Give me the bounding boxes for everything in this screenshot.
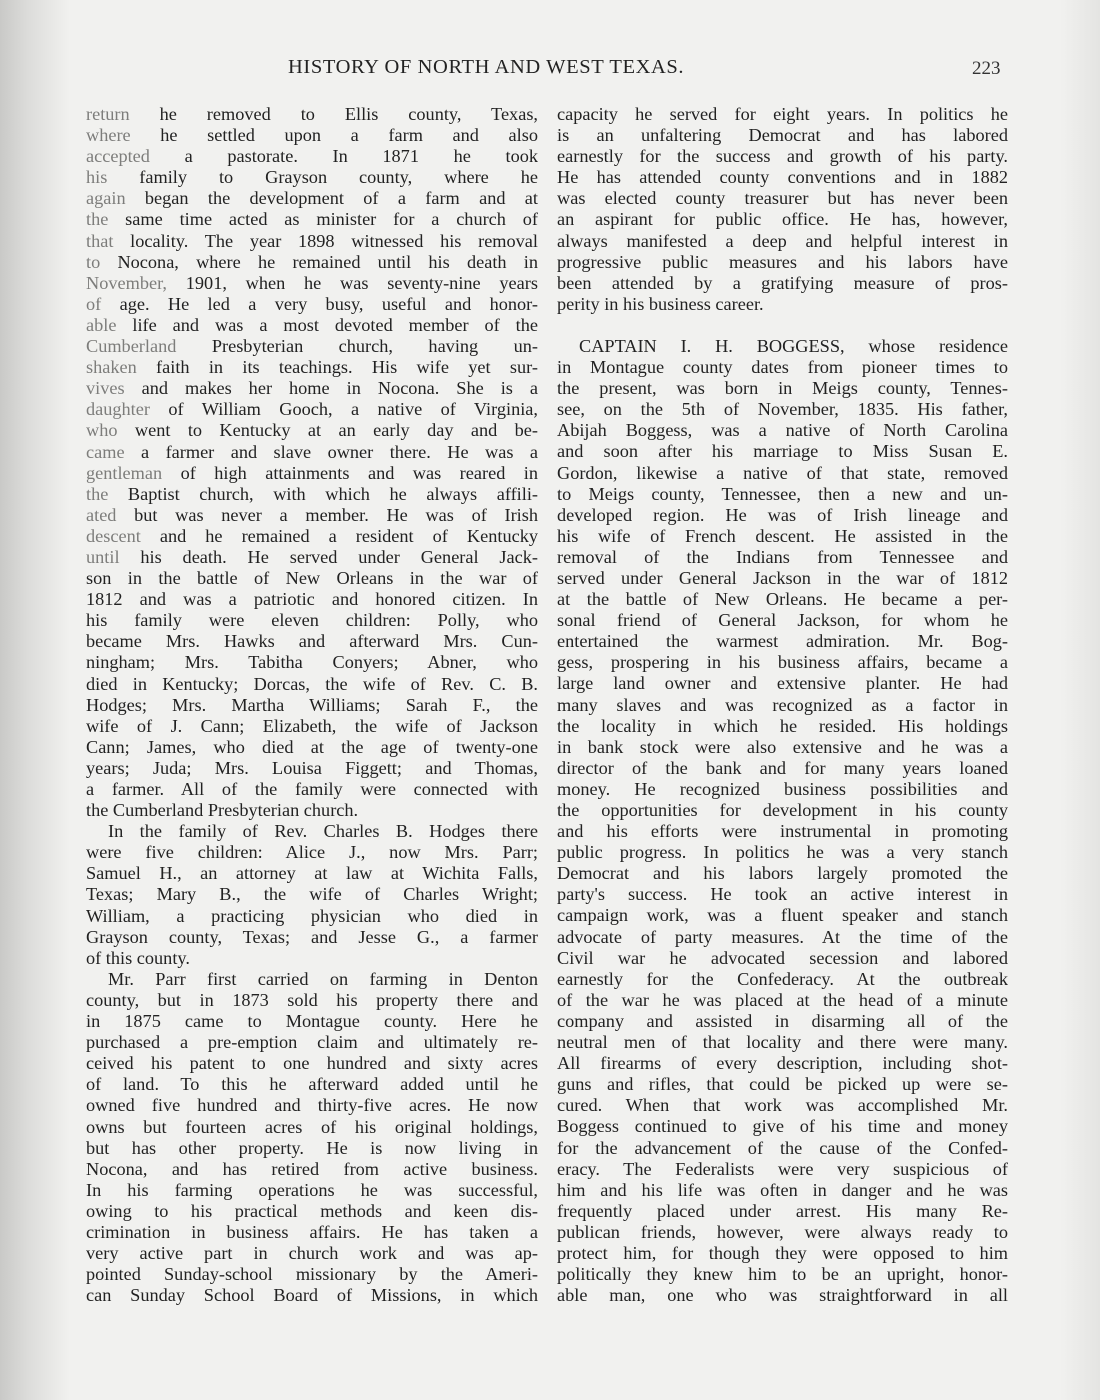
text-line: 1812 and was a patriotic and honored cit… bbox=[86, 589, 538, 610]
text-line: but has other property. He is now living… bbox=[86, 1138, 538, 1159]
text-line: advocate of party measures. At the time … bbox=[557, 927, 1008, 948]
text-line: Texas; Mary B., the wife of Charles Wrig… bbox=[86, 884, 538, 905]
text-line: see, on the 5th of November, 1835. His f… bbox=[557, 399, 1008, 420]
text-line: able man, one who was straightforward in… bbox=[557, 1285, 1008, 1306]
text-line: ceived his patent to one hundred and six… bbox=[86, 1053, 538, 1074]
faded-word: Cumberland bbox=[86, 336, 176, 356]
text-line: vives and makes her home in Nocona. She … bbox=[86, 378, 538, 399]
text-line: William, a practicing physician who died… bbox=[86, 906, 538, 927]
text-line: to Nocona, where he remained until his d… bbox=[86, 252, 538, 273]
text-line: eracy. The Federalists were very suspici… bbox=[557, 1159, 1008, 1180]
faded-word: ated bbox=[86, 505, 116, 525]
faded-word: vives bbox=[86, 378, 125, 398]
right-column: capacity he served for eight years. In p… bbox=[557, 104, 1008, 1306]
text-line: Abijah Boggess, was a native of North Ca… bbox=[557, 420, 1008, 441]
text-line: Boggess continued to give of his time an… bbox=[557, 1116, 1008, 1137]
text-line: frequently placed under arrest. His many… bbox=[557, 1201, 1008, 1222]
text-line: in bank stock were also extensive and he… bbox=[557, 737, 1008, 758]
text-line: capacity he served for eight years. In p… bbox=[557, 104, 1008, 125]
text-line: can Sunday School Board of Missions, in … bbox=[86, 1285, 538, 1306]
text-line: politically they knew him to be an uprig… bbox=[557, 1264, 1008, 1285]
text-line: wife of J. Cann; Elizabeth, the wife of … bbox=[86, 716, 538, 737]
text-line: Nocona, and has retired from active busi… bbox=[86, 1159, 538, 1180]
faded-word: daughter bbox=[86, 399, 150, 419]
faded-word: descent bbox=[86, 526, 141, 546]
text-line: protect him, for though they were oppose… bbox=[557, 1243, 1008, 1264]
text-line: earnestly for the success and growth of … bbox=[557, 146, 1008, 167]
page-gutter-shadow bbox=[0, 0, 70, 1400]
text-line: perity in his business career. bbox=[557, 294, 1008, 315]
paragraph-gap bbox=[557, 315, 1008, 336]
text-line: years; Juda; Mrs. Louisa Figgett; and Th… bbox=[86, 758, 538, 779]
text-line: of the war he was placed at the head of … bbox=[557, 990, 1008, 1011]
text-line: He has attended county conventions and i… bbox=[557, 167, 1008, 188]
faded-word: came bbox=[86, 442, 125, 462]
text-line: owns but fourteen acres of his original … bbox=[86, 1117, 538, 1138]
text-line: him and his life was often in danger and… bbox=[557, 1180, 1008, 1201]
text-line: came a farmer and slave owner there. He … bbox=[86, 442, 538, 463]
text-line: pointed Sunday-school missionary by the … bbox=[86, 1264, 538, 1285]
paragraph: In the family of Rev. Charles B. Hodges … bbox=[86, 821, 538, 969]
faded-word: who bbox=[86, 420, 117, 440]
faded-word: until bbox=[86, 547, 120, 567]
faded-word: November, bbox=[86, 273, 167, 293]
text-line: director of the bank and for many years … bbox=[557, 758, 1008, 779]
text-line: that locality. The year 1898 witnessed h… bbox=[86, 231, 538, 252]
text-line: who went to Kentucky at an early day and… bbox=[86, 420, 538, 441]
text-line: Democrat and his labors largely promoted… bbox=[557, 863, 1008, 884]
text-line: became Mrs. Hawks and afterward Mrs. Cun… bbox=[86, 631, 538, 652]
text-line: at the battle of New Orleans. He became … bbox=[557, 589, 1008, 610]
text-line: entertained the warmest admiration. Mr. … bbox=[557, 631, 1008, 652]
text-line: In his farming operations he was success… bbox=[86, 1180, 538, 1201]
text-line: company and assisted in disarming all of… bbox=[557, 1011, 1008, 1032]
text-line: ated but was never a member. He was of I… bbox=[86, 505, 538, 526]
text-line: is an unfaltering Democrat and has labor… bbox=[557, 125, 1008, 146]
text-line: purchased a pre-emption claim and ultima… bbox=[86, 1032, 538, 1053]
text-line: earnestly for the Confederacy. At the ou… bbox=[557, 969, 1008, 990]
text-line: In the family of Rev. Charles B. Hodges … bbox=[86, 821, 538, 842]
paragraph: Mr. Parr first carried on farming in Den… bbox=[86, 969, 538, 1307]
text-line: an aspirant for public office. He has, h… bbox=[557, 209, 1008, 230]
text-line: and soon after his marriage to Miss Susa… bbox=[557, 441, 1008, 462]
text-line: Cann; James, who died at the age of twen… bbox=[86, 737, 538, 758]
text-line: shaken faith in its teachings. His wife … bbox=[86, 357, 538, 378]
paragraph: CAPTAIN I. H. BOGGESS, whose residencein… bbox=[557, 336, 1008, 1306]
text-line: CAPTAIN I. H. BOGGESS, whose residence bbox=[557, 336, 1008, 357]
text-line: county, but in 1873 sold his property th… bbox=[86, 990, 538, 1011]
text-line: money. He recognized business possibilit… bbox=[557, 779, 1008, 800]
faded-word: his bbox=[86, 167, 107, 187]
text-line: was elected county treasurer but has nev… bbox=[557, 188, 1008, 209]
faded-word: the bbox=[86, 484, 108, 504]
text-line: of age. He led a very busy, useful and h… bbox=[86, 294, 538, 315]
text-line: Hodges; Mrs. Martha Williams; Sarah F., … bbox=[86, 695, 538, 716]
running-title: HISTORY OF NORTH AND WEST TEXAS. bbox=[288, 56, 684, 79]
faded-word: able bbox=[86, 315, 116, 335]
text-line: son in the battle of New Orleans in the … bbox=[86, 568, 538, 589]
faded-word: shaken bbox=[86, 357, 137, 377]
text-line: cured. When that work was accomplished M… bbox=[557, 1095, 1008, 1116]
text-line: of this county. bbox=[86, 948, 538, 969]
page-edge-shadow bbox=[1060, 0, 1100, 1400]
text-line: his family to Grayson county, where he bbox=[86, 167, 538, 188]
text-line: his family were eleven children: Polly, … bbox=[86, 610, 538, 631]
text-line: neutral men of that locality and there w… bbox=[557, 1032, 1008, 1053]
text-line: many slaves and was recognized as a fact… bbox=[557, 695, 1008, 716]
text-line: Gordon, likewise a native of that state,… bbox=[557, 463, 1008, 484]
text-line: always manifested a deep and helpful int… bbox=[557, 231, 1008, 252]
text-line: where he settled upon a farm and also bbox=[86, 125, 538, 146]
text-line: the same time acted as minister for a ch… bbox=[86, 209, 538, 230]
text-line: very active part in church work and was … bbox=[86, 1243, 538, 1264]
text-line: died in Kentucky; Dorcas, the wife of Re… bbox=[86, 674, 538, 695]
text-line: crimination in business affairs. He has … bbox=[86, 1222, 538, 1243]
text-line: party's success. He took an active inter… bbox=[557, 884, 1008, 905]
running-head: HISTORY OF NORTH AND WEST TEXAS. 223 bbox=[0, 56, 1100, 86]
text-line: large land owner and extensive planter. … bbox=[557, 673, 1008, 694]
text-line: campaign work, was a fluent speaker and … bbox=[557, 905, 1008, 926]
text-line: a farmer. All of the family were connect… bbox=[86, 779, 538, 800]
text-line: the Baptist church, with which he always… bbox=[86, 484, 538, 505]
faded-word: to bbox=[86, 252, 100, 272]
page-number: 223 bbox=[972, 58, 1001, 80]
text-line: again began the development of a farm an… bbox=[86, 188, 538, 209]
text-line: to Meigs county, Tennessee, then a new a… bbox=[557, 484, 1008, 505]
text-line: the present, was born in Meigs county, T… bbox=[557, 378, 1008, 399]
faded-word: that bbox=[86, 231, 113, 251]
text-line: the opportunities for development in his… bbox=[557, 800, 1008, 821]
text-line: for the advancement of the cause of the … bbox=[557, 1138, 1008, 1159]
text-line: of land. To this he afterward added unti… bbox=[86, 1074, 538, 1095]
text-line: owned five hundred and thirty-five acres… bbox=[86, 1095, 538, 1116]
text-line: Grayson county, Texas; and Jesse G., a f… bbox=[86, 927, 538, 948]
text-line: owing to his practical methods and keen … bbox=[86, 1201, 538, 1222]
text-line: All firearms of every description, inclu… bbox=[557, 1053, 1008, 1074]
text-line: gess, prospering in his business affairs… bbox=[557, 652, 1008, 673]
faded-word: again bbox=[86, 188, 126, 208]
text-line: the Cumberland Presbyterian church. bbox=[86, 800, 538, 821]
text-line: guns and rifles, that could be picked up… bbox=[557, 1074, 1008, 1095]
text-line: ningham; Mrs. Tabitha Conyers; Abner, wh… bbox=[86, 652, 538, 673]
text-line: were five children: Alice J., now Mrs. P… bbox=[86, 842, 538, 863]
text-line: in 1875 came to Montague county. Here he bbox=[86, 1011, 538, 1032]
text-line: Civil war he advocated secession and lab… bbox=[557, 948, 1008, 969]
faded-word: where bbox=[86, 125, 131, 145]
text-line: progressive public measures and his labo… bbox=[557, 252, 1008, 273]
text-line: in Montague county dates from pioneer ti… bbox=[557, 357, 1008, 378]
text-line: served under General Jackson in the war … bbox=[557, 568, 1008, 589]
text-line: November, 1901, when he was seventy-nine… bbox=[86, 273, 538, 294]
text-line: descent and he remained a resident of Ke… bbox=[86, 526, 538, 547]
faded-word: accepted bbox=[86, 146, 150, 166]
text-line: until his death. He served under General… bbox=[86, 547, 538, 568]
text-line: daughter of William Gooch, a native of V… bbox=[86, 399, 538, 420]
text-line: Mr. Parr first carried on farming in Den… bbox=[86, 969, 538, 990]
text-line: return he removed to Ellis county, Texas… bbox=[86, 104, 538, 125]
faded-word: return bbox=[86, 104, 130, 124]
text-line: gentleman of high attainments and was re… bbox=[86, 463, 538, 484]
text-line: public progress. In politics he was a ve… bbox=[557, 842, 1008, 863]
faded-word: the bbox=[86, 209, 108, 229]
paragraph: capacity he served for eight years. In p… bbox=[557, 104, 1008, 315]
text-line: able life and was a most devoted member … bbox=[86, 315, 538, 336]
text-line: accepted a pastorate. In 1871 he took bbox=[86, 146, 538, 167]
faded-word: of bbox=[86, 294, 101, 314]
text-line: Cumberland Presbyterian church, having u… bbox=[86, 336, 538, 357]
text-line: publican friends, however, were always r… bbox=[557, 1222, 1008, 1243]
text-line: Samuel H., an attorney at law at Wichita… bbox=[86, 863, 538, 884]
text-line: been attended by a gratifying measure of… bbox=[557, 273, 1008, 294]
faded-word: gentleman bbox=[86, 463, 162, 483]
paragraph: return he removed to Ellis county, Texas… bbox=[86, 104, 538, 821]
left-column: return he removed to Ellis county, Texas… bbox=[86, 104, 538, 1306]
text-line: developed region. He was of Irish lineag… bbox=[557, 505, 1008, 526]
text-line: his wife of French descent. He assisted … bbox=[557, 526, 1008, 547]
text-line: removal of the Indians from Tennessee an… bbox=[557, 547, 1008, 568]
text-line: the locality in which he resided. His ho… bbox=[557, 716, 1008, 737]
text-line: sonal friend of General Jackson, for who… bbox=[557, 610, 1008, 631]
text-line: and his efforts were instrumental in pro… bbox=[557, 821, 1008, 842]
